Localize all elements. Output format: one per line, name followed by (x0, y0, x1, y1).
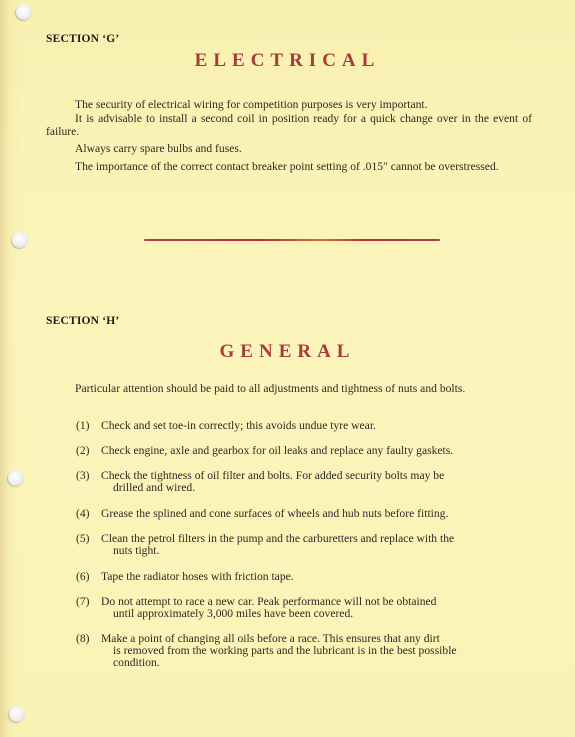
section-h-intro: Particular attention should be paid to a… (46, 383, 532, 396)
section-h-title: GENERAL (0, 341, 575, 363)
section-g-paragraph-3: Always carry spare bulbs and fuses. (46, 143, 532, 156)
list-item: (3) Check the tightness of oil filter an… (76, 470, 532, 494)
section-g-paragraph-1: The security of electrical wiring for co… (46, 99, 532, 112)
section-g-paragraph-4: The importance of the correct contact br… (46, 161, 532, 174)
punch-hole-icon (12, 232, 28, 248)
section-divider (144, 239, 440, 241)
section-g-title: ELECTRICAL (0, 50, 575, 72)
list-item: (7) Do not attempt to race a new car. Pe… (76, 596, 532, 620)
section-g-paragraph-2: It is advisable to install a second coil… (46, 113, 532, 138)
list-item: (6) Tape the radiator hoses with frictio… (76, 571, 532, 583)
section-g-label: SECTION ‘G’ (46, 33, 119, 45)
list-item: (2) Check engine, axle and gearbox for o… (76, 445, 532, 457)
punch-hole-icon (9, 706, 25, 722)
list-item: (1) Check and set toe-in correctly; this… (76, 420, 532, 432)
list-item: (4) Grease the splined and cone surfaces… (76, 508, 532, 520)
punch-hole-icon (8, 470, 24, 486)
section-h-label: SECTION ‘H’ (46, 315, 119, 327)
document-page: SECTION ‘G’ ELECTRICAL The security of e… (0, 0, 575, 737)
list-item: (5) Clean the petrol filters in the pump… (76, 533, 532, 557)
punch-hole-icon (16, 4, 32, 20)
list-item: (8) Make a point of changing all oils be… (76, 633, 532, 669)
